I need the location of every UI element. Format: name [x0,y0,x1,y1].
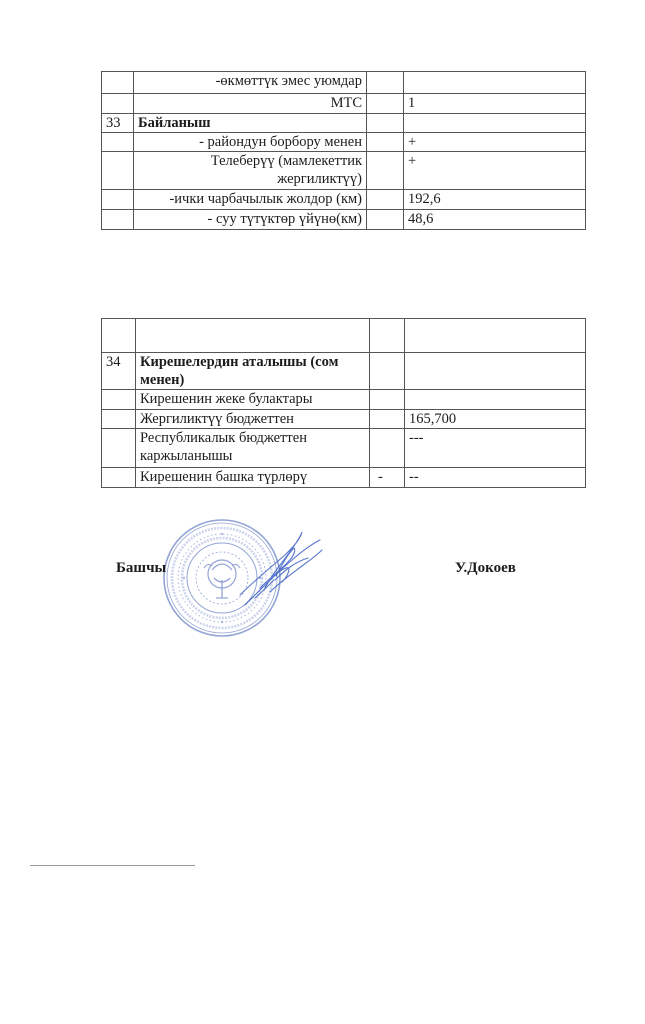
row-label: -ички чарбачылык жолдор (км) [134,190,367,210]
row-number [102,429,136,468]
row-number [102,94,134,114]
table-row: -ички чарбачылык жолдор (км) 192,6 [102,190,586,210]
row-label: - райондун борбору менен [134,133,367,152]
row-number [102,72,134,94]
table-row: Телеберүү (мамлекеттик жергиликтүү) + [102,152,586,190]
row-value: --- [405,429,586,468]
row-number [102,468,136,488]
row-mark: - [370,468,405,488]
row-label: Телеберүү (мамлекеттик жергиликтүү) [134,152,367,190]
table-revenues: 34 Кирешелердин аталышы (сом менен) Кире… [101,318,586,488]
row-mark [370,319,405,353]
table-row [102,319,586,353]
table-row: Республикалык бюджеттен каржыланышы --- [102,429,586,468]
row-label: - суу түтүктөр үйүнө(км) [134,210,367,230]
row-label: -өкмөттүк эмес уюмдар [134,72,367,94]
row-label: Республикалык бюджеттен каржыланышы [136,429,370,468]
row-label: Кирешенин башка түрлөрү [136,468,370,488]
row-value: 165,700 [405,410,586,429]
row-value [405,353,586,390]
row-label: Жергиликтүү бюджеттен [136,410,370,429]
table-row: Кирешенин башка түрлөрү - -- [102,468,586,488]
row-label [136,319,370,353]
row-number: 33 [102,114,134,133]
section-title: Байланыш [134,114,367,133]
row-number [102,410,136,429]
signatory-title: Башчы [116,560,166,577]
row-label: МТС [134,94,367,114]
section-title: Кирешелердин аталышы (сом менен) [136,353,370,390]
table-row: Кирешенин жеке булактары [102,390,586,410]
row-mark [367,190,404,210]
table-row: -өкмөттүк эмес уюмдар [102,72,586,94]
row-value [405,319,586,353]
row-mark [367,114,404,133]
row-mark [370,429,405,468]
row-value: -- [405,468,586,488]
row-number: 34 [102,353,136,390]
row-mark [367,72,404,94]
row-mark [367,210,404,230]
row-value: 48,6 [404,210,586,230]
row-mark [367,152,404,190]
row-value [404,72,586,94]
row-number [102,190,134,210]
signature-icon [230,520,330,620]
row-number [102,210,134,230]
row-mark [370,410,405,429]
row-value [405,390,586,410]
row-value: + [404,152,586,190]
table-row: 33 Байланыш [102,114,586,133]
table-row: 34 Кирешелердин аталышы (сом менен) [102,353,586,390]
row-number [102,319,136,353]
row-number [102,390,136,410]
table-communications: -өкмөттүк эмес уюмдар МТС 1 33 Байланыш … [101,71,586,230]
row-mark [367,133,404,152]
table-row: Жергиликтүү бюджеттен 165,700 [102,410,586,429]
row-value: 192,6 [404,190,586,210]
row-mark [370,353,405,390]
row-value: + [404,133,586,152]
row-mark [370,390,405,410]
row-number [102,152,134,190]
footer-divider [30,865,195,866]
signatory-name: У.Докоев [455,560,516,577]
table-row: - суу түтүктөр үйүнө(км) 48,6 [102,210,586,230]
row-label: Кирешенин жеке булактары [136,390,370,410]
table-row: МТС 1 [102,94,586,114]
table-row: - райондун борбору менен + [102,133,586,152]
row-value [404,114,586,133]
row-value: 1 [404,94,586,114]
row-mark [367,94,404,114]
row-number [102,133,134,152]
